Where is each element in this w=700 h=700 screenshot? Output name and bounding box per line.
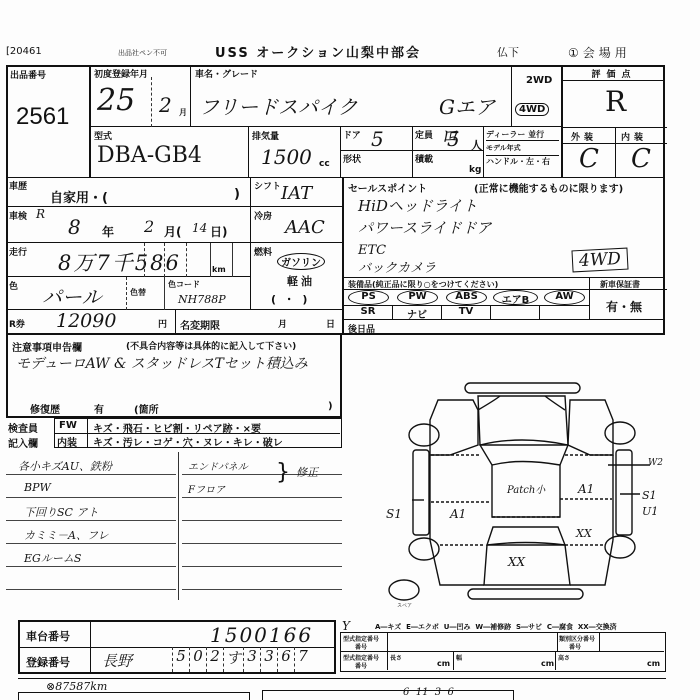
color-code: NH788P (178, 293, 226, 306)
chassis-type-value: DBA-GB4 (97, 143, 202, 168)
first-reg-year: 25 (97, 83, 135, 118)
drive-4wd: 4WD (515, 103, 549, 116)
sales-point-1: HiDヘッドライト (358, 195, 477, 216)
interior-options: キズ・汚レ・コゲ・穴・ヌレ・キレ・破レ (93, 434, 283, 449)
recycle-value: 12090 (56, 310, 116, 332)
damage-mark-5: S1 (642, 489, 657, 502)
inspection-year: 8 (68, 215, 81, 239)
usage-cell: 車歴 自家用・( ) (6, 177, 250, 207)
sales-point-3: ETC (358, 243, 386, 258)
equip-aw: AW (544, 290, 585, 305)
inspection-cell: 車検 R 8 年 2 月( 14 日) (6, 207, 250, 243)
notes-text: モデューロAW & スタッドレスTセット積込み (16, 353, 308, 373)
remark-left-4: カミミ－A、フレ (6, 521, 176, 544)
displacement-value: 1500 (261, 145, 312, 169)
doors-cell: ドア 5 (341, 127, 413, 151)
damage-legend: A―キズ E―エクボ U―凹み W―補修跡 S―サビ C―腐食 XX―交換済 (375, 622, 617, 632)
damage-mark-7: W2 (648, 458, 663, 468)
damage-mark-3: A1 (450, 507, 466, 521)
shift-value: IAT (281, 183, 312, 204)
chassis-number-block: 車台番号 1500166 登録番号 長野 5 0 2 す 3 3 6 7 (18, 620, 336, 674)
fuel-gasoline: ガソリン (277, 253, 325, 270)
doors-value: 5 (371, 127, 384, 151)
drive-2wd: 2WD (526, 75, 552, 86)
mileage-value: 8万7千586 (58, 247, 181, 277)
equipment-cell: 装備品(純正品に限り○をつけてください) 新車保証書 有・無 PS PW ABS… (342, 277, 665, 319)
spare-label: スペア (397, 602, 412, 609)
venue-label: ①会場用 (568, 44, 631, 61)
sheet-ref: [20461 (6, 46, 42, 57)
notes-block: 注意事項申告欄 (不具合内容等は具体的に記入して下さい) モデューロAW & ス… (6, 335, 342, 418)
exterior-score: C (579, 144, 599, 174)
auction-brand: USS オークション山梨中部会 (215, 42, 421, 61)
form-code: 仏下 (497, 44, 519, 60)
lot-label: 出品番号 (10, 68, 85, 81)
damage-mark-6: U1 (642, 505, 658, 518)
repair-history-value: 有 (94, 401, 104, 416)
capacity-value: 5 (447, 127, 460, 151)
remark-right-2: Fフロア (182, 475, 342, 498)
lot-number: 2561 (16, 103, 89, 131)
capacity-cell: 定員 5 人 (413, 127, 483, 151)
registration-area: 長野 (102, 650, 132, 671)
name-change-cell: 名変期限 月 日 (176, 310, 342, 335)
registration-number: 5 0 2 す 3 3 6 7 (172, 647, 311, 672)
chassis-type-cell: 型式 DBA-GB4 (91, 127, 249, 177)
sales-point-4: バックカメラ (358, 257, 436, 276)
remark-right-note: 修正 (296, 464, 318, 480)
later-items-cell: 後日品 (342, 319, 665, 335)
damage-mark-9: XX (508, 555, 525, 569)
remarks-area: 各小キズAU、鉄粉 BPW 下回りSC アト カミミ－A、フレ EGルームS エ… (6, 452, 342, 602)
lot-cell: 出品番号 2561 (6, 65, 91, 177)
usage-value: 自家用・( (50, 187, 108, 206)
shape-cell: 形状 (341, 151, 413, 177)
chassis-number: 1500166 (210, 623, 313, 647)
equip-sr: SR (344, 305, 393, 320)
damage-mark-8: XX (576, 527, 592, 540)
sales-point-2: パワースライドドア (358, 217, 491, 238)
fuel-cell: 燃料 ガソリン 軽油 ( ・ ) (250, 243, 342, 310)
shift-cell: シフト IAT (250, 177, 342, 207)
color-cell: 色 パール 色替 色コード NH788P (6, 277, 250, 310)
drive-cell: 2WD 4WD (511, 65, 561, 127)
equip-navi: ナビ (393, 305, 442, 320)
displacement-cell: 排気量 1500 cc (249, 127, 341, 177)
equip-pw: PW (397, 290, 438, 305)
mileage-cell: 走行 8万7千586 km (6, 243, 250, 277)
warranty-value: 有・無 (606, 298, 642, 315)
ac-value: AAC (285, 217, 325, 238)
remark-right-1: エンドパネル (182, 452, 342, 475)
overall-score: R (605, 85, 626, 118)
model-cell: 車名・グレード フリードスパイク Gエアロ (191, 65, 511, 127)
load-cell: 積載 kg (413, 151, 483, 177)
footer-right-value: 6 11 3 6 (403, 687, 454, 698)
dealer-cell: ディーラー 並行 モデル年式 ハンドル・左・右 (483, 127, 561, 177)
ac-cell: 冷房 AAC (250, 207, 342, 243)
model-name: フリードスパイク (199, 91, 358, 120)
sales-points-cell: セールスポイント (正常に機能するものに限ります) HiDヘッドライト パワース… (342, 177, 665, 277)
damage-mark-4: S1 (386, 507, 402, 521)
damage-mark-1: Patch小 (507, 481, 545, 496)
header-small-note: 出品社ペン不可 (118, 48, 167, 58)
score-cell: 評価点 R 外装 内装 C C (561, 65, 665, 177)
sales-badge-4wd: 4WD (571, 248, 628, 273)
first-reg-cell: 初度登録年月 25 2 月 (91, 65, 191, 127)
equip-tv: TV (442, 305, 491, 320)
remark-left-5: EGルームS (6, 544, 176, 567)
equip-airbag: エアB (493, 290, 538, 305)
fw-options: キズ・飛石・ヒビ割・リペア跡・×要 (93, 420, 261, 435)
equip-ps: PS (348, 290, 389, 305)
inspection-day: 14 (192, 221, 207, 235)
remark-left-1: 各小キズAU、鉄粉 (6, 452, 176, 475)
recycle-cell: R券 12090 円 (6, 310, 176, 335)
inspector-block: 検査員 記入欄 FW キズ・飛石・ヒビ割・リペア跡・×要 内装 キズ・汚レ・コゲ… (6, 418, 342, 448)
equip-abs: ABS (446, 290, 487, 305)
interior-score: C (631, 144, 651, 174)
measurement-block: 型式指定番号 番号 類別区分番号 番号 型式指定番号 番号 長さ cm 幅 cm… (340, 632, 666, 672)
inspection-month: 2 (144, 217, 154, 236)
first-reg-month: 2 (159, 93, 172, 117)
color-value: パール (42, 281, 102, 310)
remark-left-3: 下回りSC アト (6, 498, 176, 521)
remark-left-2: BPW (6, 475, 176, 498)
fuel-diesel: 軽油 (287, 273, 315, 289)
damage-mark-2: A1 (578, 482, 594, 496)
